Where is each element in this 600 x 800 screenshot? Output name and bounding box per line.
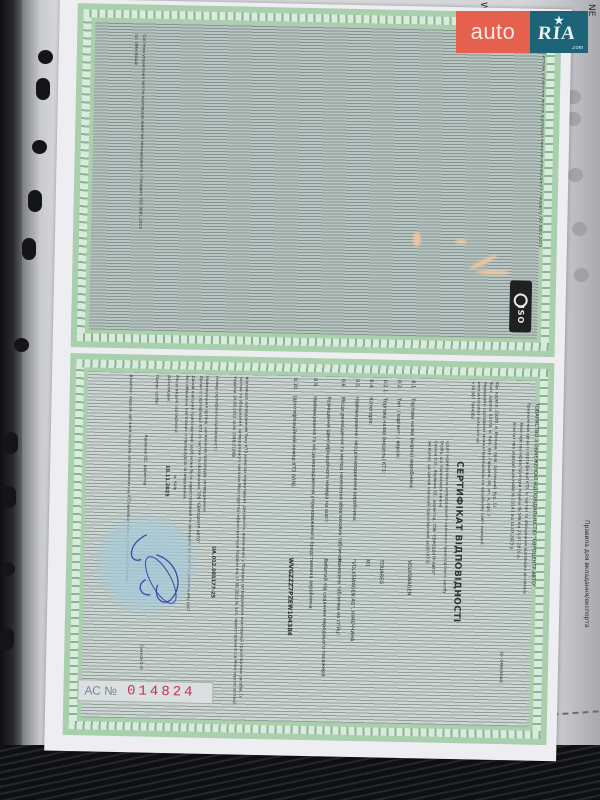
signatory-name: Сачков О.О. <box>139 645 145 671</box>
field-number: 0.6. <box>340 379 346 389</box>
logo-auto-part: auto <box>456 11 530 53</box>
punch-hole <box>4 432 18 454</box>
signature-icon <box>105 524 197 616</box>
punch-hole <box>38 50 53 64</box>
punch-hole <box>574 268 589 282</box>
back-page-id: ID: ОМНІЗОАФ <box>134 34 140 65</box>
certificate-sheet: Система управління якістю відповідає вим… <box>44 0 572 761</box>
certificate-front-page: ТОВАРИСТВО З ОБМЕЖЕНОЮ ВІДПОВІДАЛЬНІСТЮ … <box>63 353 555 745</box>
serial-number-box: АС № 014824 <box>77 679 213 704</box>
field-value: VOLKSWAGEN <box>406 560 413 595</box>
serial-number: 014824 <box>127 683 196 700</box>
iso-badge-label: ISO <box>516 306 525 325</box>
field-number: 0.9. <box>312 378 318 388</box>
logo-ria-part: ★ RIA .com <box>530 11 588 53</box>
field-number: 0.2.1. <box>382 380 388 394</box>
certificate-number: UA.012.085177-25 <box>209 546 216 598</box>
punch-hole <box>14 338 29 352</box>
logo-domain: .com <box>572 45 584 51</box>
signatory-role: Керівник ОС, директор <box>143 435 149 486</box>
guilloche-pattern <box>89 21 543 338</box>
light-glare <box>455 239 467 244</box>
punch-hole <box>572 222 587 236</box>
punch-hole <box>32 140 47 154</box>
punch-hole <box>36 78 50 100</box>
punch-hole <box>22 238 36 260</box>
binder-edge <box>0 0 22 800</box>
field-label: Категорія: <box>367 397 374 425</box>
field-value: M1 <box>364 559 370 567</box>
certificate-back-page: Система управління якістю відповідає вим… <box>71 3 562 357</box>
issue-place: м. Київ <box>173 475 178 490</box>
field-value: TOUAREG <box>378 560 385 585</box>
punch-hole <box>28 190 42 212</box>
field-number: 0.1. <box>410 380 416 390</box>
logo-ria-word: RIA <box>537 23 577 45</box>
serial-prefix: АС № <box>84 683 117 698</box>
field-number: 0.4. <box>368 379 374 389</box>
autoria-watermark: auto ★ RIA .com <box>456 11 588 53</box>
issuer-contact-line: +38 067 7844362 <box>470 381 476 419</box>
punch-hole <box>2 486 16 508</box>
field-number: 0.10. <box>292 378 298 391</box>
issue-date-label: Дата видачі: <box>166 375 172 403</box>
document-id: ID: ОМНІЗОАФ <box>499 652 505 683</box>
field-number: 0.5. <box>354 379 360 389</box>
issue-date: 10.11.2025 <box>164 465 171 497</box>
punch-hole <box>0 628 14 650</box>
sleeve-label: Правила для вкладання/експорта <box>583 520 590 628</box>
signatory-label: Підпис особи: <box>154 375 160 405</box>
field-label: Тип: / варіант: / версія: <box>394 398 401 459</box>
punch-hole <box>0 562 15 576</box>
iso-badge: ISO <box>509 280 532 332</box>
field-number: 0.2. <box>396 380 402 390</box>
punch-hole <box>568 168 583 182</box>
